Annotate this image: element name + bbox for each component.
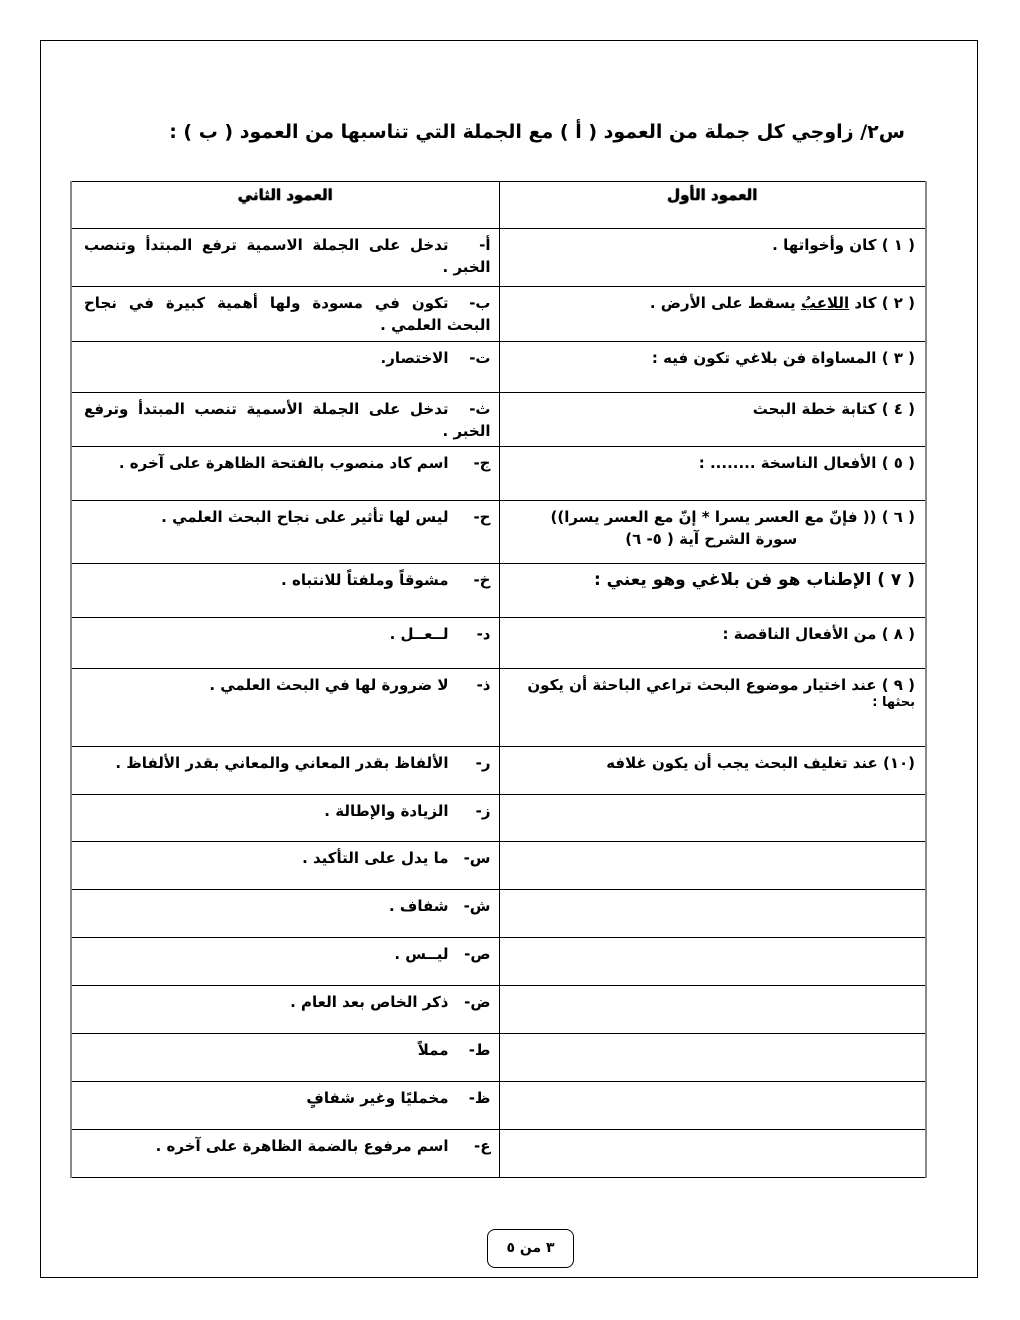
column-a-header: العمود الأول [499,182,926,229]
table-row: ط-مملاً [71,1034,926,1082]
item-text: عند تغليف البحث يجب أن يكون غلافه [606,754,878,772]
column-b-cell: ض-ذكر الخاص بعد العام . [71,986,499,1034]
option-text: مخمليًا وغير شفافٍ [306,1089,448,1107]
table-row: ( ٥ ) الأفعال الناسخة ........ :ج-اسم كا… [71,447,926,501]
column-a-cell [499,842,926,890]
option-letter: ح- [455,506,491,528]
option-text: اسم مرفوع بالضمة الظاهرة على آخره . [156,1137,449,1155]
column-b-cell: س-ما يدل على التأكيد . [71,842,499,890]
item-number: ( ٩ ) [882,676,915,694]
option-letter: ص- [455,943,491,965]
column-b-cell: ح-ليس لها تأثير على نجاح البحث العلمي . [71,501,499,564]
column-a-cell [499,1082,926,1130]
option-letter: ر- [455,752,491,774]
column-a-cell: ( ٢ ) كاد اللاعبُ يسقط على الأرض . [499,287,926,342]
page-number-box: ٣ من ٥ [487,1229,574,1268]
option-letter: ث- [455,398,491,420]
option-text: الألفاظ بقدر المعاني والمعاني بقدر الألف… [115,754,448,772]
table-row: ص-ليــس . [71,938,926,986]
option-letter: أ- [455,234,491,256]
column-b-cell: خ-مشوقاً وملفتاً للانتباه . [71,564,499,618]
table-row: ( ١ ) كان وأخواتها .أ-تدخل على الجملة ال… [71,229,926,287]
table-row: ( ٦ ) (( فإنّ مع العسر يسرا * إنّ مع الع… [71,501,926,564]
item-text: المساواة فن بلاغي تكون فيه : [652,349,877,367]
column-a-cell: ( ٤ ) كتابة خطة البحث [499,393,926,447]
column-b-cell: ج-اسم كاد منصوب بالفتحة الظاهرة على آخره… [71,447,499,501]
item-text: كان وأخواتها . [772,236,876,254]
option-letter: ج- [455,452,491,474]
item-number: ( ٤ ) [882,400,915,418]
item-text: الإطناب هو فن بلاغي وهو يعني : [594,570,871,590]
column-a-cell [499,938,926,986]
column-b-cell: ب-تكون في مسودة ولها أهمية كبيرة في نجاح… [71,287,499,342]
item-number: ( ٥ ) [882,454,915,472]
item-number: ( ١ ) [882,236,915,254]
item-number: ( ٨ ) [882,625,915,643]
column-a-cell [499,1130,926,1178]
option-text: تكون في مسودة ولها أهمية كبيرة في نجاح ا… [84,294,491,334]
option-text: تدخل على الجملة الاسمية ترفع المبتدأ وتن… [84,236,491,276]
option-text: ليس لها تأثير على نجاح البحث العلمي . [161,508,448,526]
option-text: لــعــل . [390,625,449,643]
option-text: لا ضرورة لها في البحث العلمي . [209,676,448,694]
column-a-cell [499,986,926,1034]
column-b-cell: ر-الألفاظ بقدر المعاني والمعاني بقدر الأ… [71,747,499,795]
table-row: ش-شفاف . [71,890,926,938]
item-text-continued: يسقط على الأرض . [650,294,801,312]
column-a-cell: ( ١ ) كان وأخواتها . [499,229,926,287]
option-letter: ت- [455,347,491,369]
column-b-cell: ث-تدخل على الجملة الأسمية تنصب المبتدأ و… [71,393,499,447]
item-text: كاد [849,294,876,312]
column-a-cell: (١٠) عند تغليف البحث يجب أن يكون غلافه [499,747,926,795]
option-text: شفاف . [389,897,449,915]
item-number: ( ٦ ) [882,508,915,526]
item-text: (( فإنّ مع العسر يسرا * إنّ مع العسر يسر… [551,508,877,526]
table-row: (١٠) عند تغليف البحث يجب أن يكون غلافهر-… [71,747,926,795]
underlined-word: اللاعبُ [801,294,849,312]
table-row: ( ٧ ) الإطناب هو فن بلاغي وهو يعني :خ-مش… [71,564,926,618]
column-b-cell: ظ-مخمليًا وغير شفافٍ [71,1082,499,1130]
option-text: ليــس . [394,945,448,963]
column-b-cell: ع-اسم مرفوع بالضمة الظاهرة على آخره . [71,1130,499,1178]
table-row: ع-اسم مرفوع بالضمة الظاهرة على آخره . [71,1130,926,1178]
option-text: ما يدل على التأكيد . [302,849,448,867]
column-a-cell: ( ٨ ) من الأفعال الناقصة : [499,618,926,669]
column-b-cell: ط-مملاً [71,1034,499,1082]
option-letter: ش- [455,895,491,917]
item-number: ( ٧ ) [877,570,915,590]
column-a-cell [499,1034,926,1082]
option-letter: ز- [455,800,491,822]
item-text: عند اختيار موضوع البحث تراعي الباحثة أن … [527,676,876,694]
column-a-cell [499,795,926,842]
option-text: الزيادة والإطالة . [324,802,448,820]
column-b-cell: ش-شفاف . [71,890,499,938]
column-a-cell: ( ٣ ) المساواة فن بلاغي تكون فيه : [499,342,926,393]
table-row: ز-الزيادة والإطالة . [71,795,926,842]
column-b-cell: ت-الاختصار. [71,342,499,393]
option-text: الاختصار. [381,349,449,367]
item-number: (١٠) [883,754,915,772]
column-b-cell: أ-تدخل على الجملة الاسمية ترفع المبتدأ و… [71,229,499,287]
item-text: من الأفعال الناقصة : [723,625,877,643]
column-a-cell: ( ٥ ) الأفعال الناسخة ........ : [499,447,926,501]
option-letter: ظ- [455,1087,491,1109]
table-row: ( ٤ ) كتابة خطة البحثث-تدخل على الجملة ا… [71,393,926,447]
option-text: تدخل على الجملة الأسمية تنصب المبتدأ وتر… [84,400,491,440]
item-text: الأفعال الناسخة ........ : [699,454,877,472]
option-letter: ض- [455,991,491,1013]
option-text: ذكر الخاص بعد العام . [290,993,448,1011]
column-a-cell [499,890,926,938]
column-b-cell: ص-ليــس . [71,938,499,986]
option-letter: ع- [455,1135,491,1157]
column-b-cell: ز-الزيادة والإطالة . [71,795,499,842]
option-letter: ط- [455,1039,491,1061]
table-row: ( ٣ ) المساواة فن بلاغي تكون فيه :ت-الاخ… [71,342,926,393]
table-header-row: العمود الأول العمود الثاني [71,182,926,229]
option-letter: س- [455,847,491,869]
matching-table: العمود الأول العمود الثاني ( ١ ) كان وأخ… [70,181,927,1178]
table-row: ( ٩ ) عند اختيار موضوع البحث تراعي الباح… [71,669,926,747]
table-row: ( ٢ ) كاد اللاعبُ يسقط على الأرض .ب-تكون… [71,287,926,342]
column-b-cell: د-لــعــل . [71,618,499,669]
item-text-overflow: بحثها : [508,696,916,710]
option-text: مشوقاً وملفتاً للانتباه . [281,571,448,589]
option-letter: ذ- [455,674,491,696]
option-text: اسم كاد منصوب بالفتحة الظاهرة على آخره . [119,454,449,472]
item-number: ( ٢ ) [882,294,915,312]
column-a-cell: ( ٦ ) (( فإنّ مع العسر يسرا * إنّ مع الع… [499,501,926,564]
table-row: ظ-مخمليًا وغير شفافٍ [71,1082,926,1130]
table-row: ( ٨ ) من الأفعال الناقصة :د-لــعــل . [71,618,926,669]
item-text: كتابة خطة البحث [753,400,877,418]
table-row: س-ما يدل على التأكيد . [71,842,926,890]
option-text: مملاً [418,1041,449,1059]
column-a-cell: ( ٧ ) الإطناب هو فن بلاغي وهو يعني : [499,564,926,618]
item-source-note: سورة الشرح آية ( ٥- ٦) [508,528,916,550]
column-b-header: العمود الثاني [71,182,499,229]
table-row: ض-ذكر الخاص بعد العام . [71,986,926,1034]
column-b-cell: ذ-لا ضرورة لها في البحث العلمي . [71,669,499,747]
column-a-cell: ( ٩ ) عند اختيار موضوع البحث تراعي الباح… [499,669,926,747]
option-letter: خ- [455,569,491,591]
option-letter: ب- [455,292,491,314]
item-number: ( ٣ ) [882,349,915,367]
question-title: س٢/ زاوجي كل جملة من العمود ( أ ) مع الج… [165,121,905,143]
option-letter: د- [455,623,491,645]
